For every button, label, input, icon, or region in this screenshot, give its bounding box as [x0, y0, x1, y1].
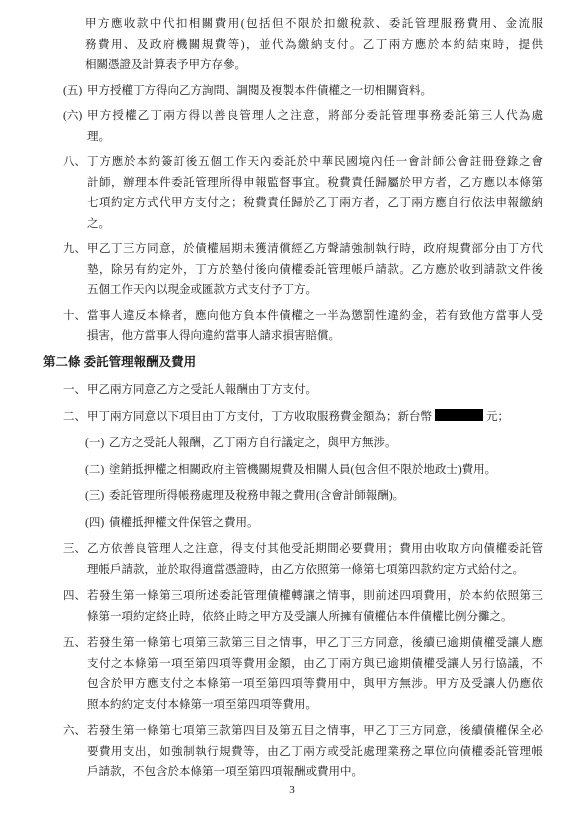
contract-text: 甲方應收款中代扣相關費用(包括但不限於扣繳稅款、委託管理服務費用、金流服務費用、… [43, 14, 543, 789]
text-line: 甲丁兩方同意以下項目由丁方支付，丁方收取服務費金額為；新台幣元； [87, 407, 543, 428]
text-line: 若發生第一條第三項所述委託管理債權轉讓之情事，則前述四項費用，於本約依照第三 [87, 586, 543, 607]
clause-text: 丁方應於本約簽訂後五個工作天內委託於中華民國境內任一會計師公會註冊登錄之會計師，… [87, 152, 543, 234]
clause-text: 甲乙兩方同意乙方之受託人報酬由丁方支付。 [87, 380, 543, 401]
text-line: 若發生第一條第七項第三款第四目及第五目之情事，甲乙丁三方同意，後續債權保全必 [87, 721, 543, 742]
document-page: 甲方應收款中代扣相關費用(包括但不限於扣繳稅款、委託管理服務費用、金流服務費用、… [0, 0, 584, 823]
clause-text: 甲乙丁三方同意，於債權屆期未獲清償經乙方聲請強制執行時，政府規費部分由丁方代墊，… [87, 239, 543, 301]
text-line: 務費用、及政府機關規費等)，並代為繳納支付。乙丁兩方應於本約結束時，提供 [85, 35, 543, 56]
contract-clause: 一、甲乙兩方同意乙方之受託人報酬由丁方支付。 [43, 380, 543, 401]
text-before-redaction: 甲丁兩方同意以下項目由丁方支付，丁方收取服務費金額為；新台幣 [87, 411, 432, 423]
text-line: 委託管理所得帳務處理及稅務申報之費用(含會計師報酬)。 [109, 486, 543, 507]
text-line: 墊，除另有約定外，丁方於墊付後向債權委託管理帳戶請款。乙方應於收到請款文件後 [87, 260, 543, 281]
clause-text: 甲丁兩方同意以下項目由丁方支付，丁方收取服務費金額為；新台幣元； [87, 407, 543, 428]
text-line: 條第一項約定終止時，依終止時之甲方及受讓人所擁有債權佔本件債權比例分攤之。 [87, 607, 543, 628]
text-line: 若發生第一條第七項第三款第三目之情事，甲乙丁三方同意，後續已逾期債權受讓人應 [87, 633, 543, 654]
text-line: 相關憑證及計算表予甲方存參。 [85, 55, 543, 76]
text-line: 甲乙兩方同意乙方之受託人報酬由丁方支付。 [87, 380, 543, 401]
text-line: 計師，辦理本件委託管理所得申報監督事宜。稅費責任歸屬於甲方者，乙方應以本條第 [87, 173, 543, 194]
contract-clause: (四)債權抵押權文件保管之費用。 [43, 513, 543, 534]
text-line: 損害，他方當事人得向違約當事人請求損害賠償。 [87, 326, 543, 347]
contract-clause: 四、若發生第一條第三項所述委託管理債權轉讓之情事，則前述四項費用，於本約依照第三… [43, 586, 543, 627]
clause-text: 甲方授權丁方得向乙方詢問、調閱及複製本件債權之一切相關資料。 [87, 81, 543, 102]
clause-marker: 十、 [63, 306, 87, 347]
contract-clause: 三、乙方依善良管理人之注意，得支付其他受託期間必要費用；費用由收取方向債權委託管… [43, 539, 543, 580]
text-line: 乙方依善良管理人之注意，得支付其他受託期間必要費用；費用由收取方向債權委託管 [87, 539, 543, 560]
contract-clause: (六)甲方授權乙丁兩方得以善良管理人之注意，將部分委託管理事務委託第三人代為處理… [43, 106, 543, 147]
clause-marker: 六、 [63, 721, 87, 783]
text-line: 理帳戶請款，並於取得適當憑證時，由乙方依照第一條第七項第四款約定方式給付之。 [87, 560, 543, 581]
contract-clause: 六、若發生第一條第七項第三款第四目及第五目之情事，甲乙丁三方同意，後續債權保全必… [43, 721, 543, 783]
text-line: 乙方之受託人報酬，乙丁兩方自行議定之，與甲方無涉。 [109, 433, 543, 454]
contract-clause: (二)塗銷抵押權之相關政府主管機關規費及相關人員(包含但不限於地政士)費用。 [43, 460, 543, 481]
text-line: 甲乙丁三方同意，於債權屆期未獲清償經乙方聲請強制執行時，政府規費部分由丁方代 [87, 239, 543, 260]
contract-clause: 九、甲乙丁三方同意，於債權屆期未獲清償經乙方聲請強制執行時，政府規費部分由丁方代… [43, 239, 543, 301]
clause-text: 委託管理所得帳務處理及稅務申報之費用(含會計師報酬)。 [109, 486, 543, 507]
contract-clause: 甲方應收款中代扣相關費用(包括但不限於扣繳稅款、委託管理服務費用、金流服務費用、… [43, 14, 543, 76]
clause-text: 若發生第一條第七項第三款第三目之情事，甲乙丁三方同意，後續已逾期債權受讓人應支付… [87, 633, 543, 715]
text-line: 五個工作天內以現金或匯款方式支付予丁方。 [87, 280, 543, 301]
text-line: 要費用支出，如強制執行規費等，由乙丁兩方或受託處理業務之單位向債權委託管理帳 [87, 742, 543, 763]
clause-text: 乙方依善良管理人之注意，得支付其他受託期間必要費用；費用由收取方向債權委託管理帳… [87, 539, 543, 580]
text-line: 當事人違反本條者，應向他方負本件債權之一半為懲罰性違約金，若有致他方當事人受 [87, 306, 543, 327]
clause-text: 若發生第一條第七項第三款第四目及第五目之情事，甲乙丁三方同意，後續債權保全必要費… [87, 721, 543, 783]
clause-list-section1: 甲方應收款中代扣相關費用(包括但不限於扣繳稅款、委託管理服務費用、金流服務費用、… [43, 14, 543, 347]
page-number: 3 [0, 783, 584, 797]
text-line: 丁方應於本約簽訂後五個工作天內委託於中華民國境內任一會計師公會註冊登錄之會 [87, 152, 543, 173]
clause-marker: (五) [63, 81, 87, 102]
contract-clause: (一)乙方之受託人報酬，乙丁兩方自行議定之，與甲方無涉。 [43, 433, 543, 454]
text-after-redaction: 元； [486, 411, 509, 423]
clause-marker: 八、 [63, 152, 87, 234]
clause-marker: (四) [85, 513, 109, 534]
clause-text: 債權抵押權文件保管之費用。 [109, 513, 543, 534]
section-heading: 第二條 委託管理報酬及費用 [43, 352, 543, 373]
text-line: 之。 [87, 214, 543, 235]
text-line: 戶請款，不包含於本條第一項至第四項報酬或費用中。 [87, 762, 543, 783]
text-line: 債權抵押權文件保管之費用。 [109, 513, 543, 534]
clause-text: 當事人違反本條者，應向他方負本件債權之一半為懲罰性違約金，若有致他方當事人受損害… [87, 306, 543, 347]
text-line: 甲方應收款中代扣相關費用(包括但不限於扣繳稅款、委託管理服務費用、金流服 [85, 14, 543, 35]
text-line: 理。 [87, 127, 543, 148]
contract-clause: 十、當事人違反本條者，應向他方負本件債權之一半為懲罰性違約金，若有致他方當事人受… [43, 306, 543, 347]
clause-marker: 一、 [63, 380, 87, 401]
clause-text: 甲方應收款中代扣相關費用(包括但不限於扣繳稅款、委託管理服務費用、金流服務費用、… [85, 14, 543, 76]
contract-clause: (三)委託管理所得帳務處理及稅務申報之費用(含會計師報酬)。 [43, 486, 543, 507]
clause-marker: 二、 [63, 407, 87, 428]
contract-clause: 二、甲丁兩方同意以下項目由丁方支付，丁方收取服務費金額為；新台幣元； [43, 407, 543, 428]
clause-marker: 九、 [63, 239, 87, 301]
contract-clause: 五、若發生第一條第七項第三款第三目之情事，甲乙丁三方同意，後續已逾期債權受讓人應… [43, 633, 543, 715]
redaction-box [435, 409, 483, 421]
text-line: 塗銷抵押權之相關政府主管機關規費及相關人員(包含但不限於地政士)費用。 [109, 460, 543, 481]
contract-clause: (五)甲方授權丁方得向乙方詢問、調閱及複製本件債權之一切相關資料。 [43, 81, 543, 102]
clause-marker: (一) [85, 433, 109, 454]
text-line: 七項約定方式代甲方支付之；稅費責任歸於乙丁兩方者，乙丁兩方應自行依法申報繳納 [87, 193, 543, 214]
clause-marker: (六) [63, 106, 87, 147]
clause-marker: 四、 [63, 586, 87, 627]
contract-clause: 八、丁方應於本約簽訂後五個工作天內委託於中華民國境內任一會計師公會註冊登錄之會計… [43, 152, 543, 234]
clause-list-section2: 一、甲乙兩方同意乙方之受託人報酬由丁方支付。二、甲丁兩方同意以下項目由丁方支付，… [43, 380, 543, 783]
text-line: 甲方授權乙丁兩方得以善良管理人之注意，將部分委託管理事務委託第三人代為處 [87, 106, 543, 127]
text-line: 甲方授權丁方得向乙方詢問、調閱及複製本件債權之一切相關資料。 [87, 81, 543, 102]
clause-marker: (二) [85, 460, 109, 481]
clause-text: 甲方授權乙丁兩方得以善良管理人之注意，將部分委託管理事務委託第三人代為處理。 [87, 106, 543, 147]
clause-text: 乙方之受託人報酬，乙丁兩方自行議定之，與甲方無涉。 [109, 433, 543, 454]
clause-marker: 五、 [63, 633, 87, 715]
clause-marker: 三、 [63, 539, 87, 580]
clause-marker: (三) [85, 486, 109, 507]
text-line: 包含於甲方應支付之本條第一項至第四項等費用中，與甲方無涉。甲方及受讓人仍應依 [87, 674, 543, 695]
clause-text: 若發生第一條第三項所述委託管理債權轉讓之情事，則前述四項費用，於本約依照第三條第… [87, 586, 543, 627]
text-line: 支付之本條第一項至第四項等費用金額，由乙丁兩方與已逾期債權受讓人另行協議，不 [87, 654, 543, 675]
clause-text: 塗銷抵押權之相關政府主管機關規費及相關人員(包含但不限於地政士)費用。 [109, 460, 543, 481]
text-line: 照本約約定支付本條第一項至第四項等費用。 [87, 695, 543, 716]
